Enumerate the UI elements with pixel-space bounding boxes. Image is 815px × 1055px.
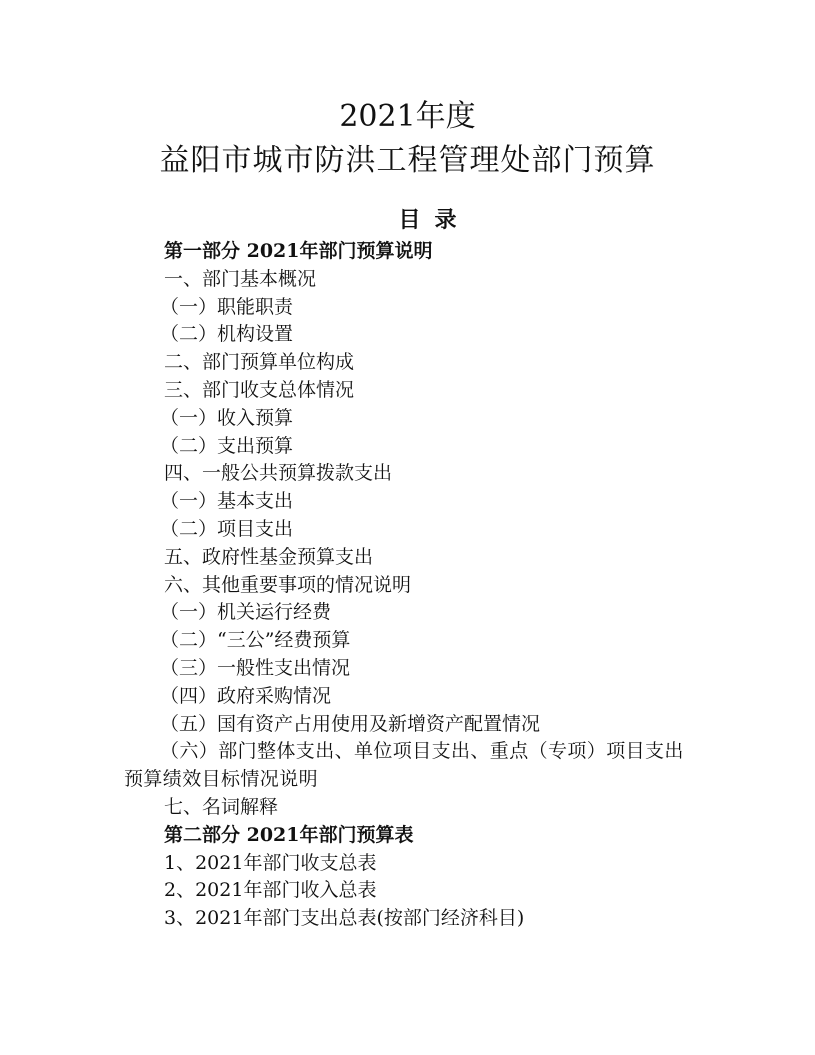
toc-heading-left: 目: [398, 207, 420, 233]
toc-item: （四）政府采购情况: [124, 683, 684, 711]
toc-item: （二）支出预算: [124, 433, 684, 461]
toc-heading: 目录: [0, 205, 815, 235]
table-of-contents: 第一部分 2021年部门预算说明 一、部门基本概况 （一）职能职责 （二）机构设…: [124, 238, 684, 933]
toc-item: 二、部门预算单位构成: [124, 349, 684, 377]
toc-item: （一）职能职责: [124, 294, 684, 322]
toc-item: （六）部门整体支出、单位项目支出、重点（专项）项目支出预算绩效目标情况说明: [124, 738, 684, 794]
toc-item: （一）机关运行经费: [124, 599, 684, 627]
toc-item: （二）“三公”经费预算: [124, 627, 684, 655]
toc-part2-heading: 第二部分 2021年部门预算表: [124, 822, 684, 850]
toc-item: 三、部门收支总体情况: [124, 377, 684, 405]
toc-item: 四、一般公共预算拨款支出: [124, 460, 684, 488]
toc-item: 七、名词解释: [124, 794, 684, 822]
title-year: 2021年度: [0, 97, 815, 137]
toc-item: 2、2021年部门收入总表: [124, 877, 684, 905]
toc-item: （五）国有资产占用使用及新增资产配置情况: [124, 711, 684, 739]
toc-item: 3、2021年部门支出总表(按部门经济科目): [124, 905, 684, 933]
toc-heading-right: 录: [435, 207, 457, 233]
toc-item: （一）基本支出: [124, 488, 684, 516]
toc-item: （一）收入预算: [124, 405, 684, 433]
toc-item: 一、部门基本概况: [124, 266, 684, 294]
toc-item: （三）一般性支出情况: [124, 655, 684, 683]
toc-item: 五、政府性基金预算支出: [124, 544, 684, 572]
document-page: 2021年度 益阳市城市防洪工程管理处部门预算 目录 第一部分 2021年部门预…: [0, 0, 815, 1055]
toc-item: （二）机构设置: [124, 321, 684, 349]
title-main: 益阳市城市防洪工程管理处部门预算: [0, 140, 815, 182]
toc-item: （二）项目支出: [124, 516, 684, 544]
toc-item: 六、其他重要事项的情况说明: [124, 572, 684, 600]
toc-item: 1、2021年部门收支总表: [124, 850, 684, 878]
toc-part1-heading: 第一部分 2021年部门预算说明: [124, 238, 684, 266]
